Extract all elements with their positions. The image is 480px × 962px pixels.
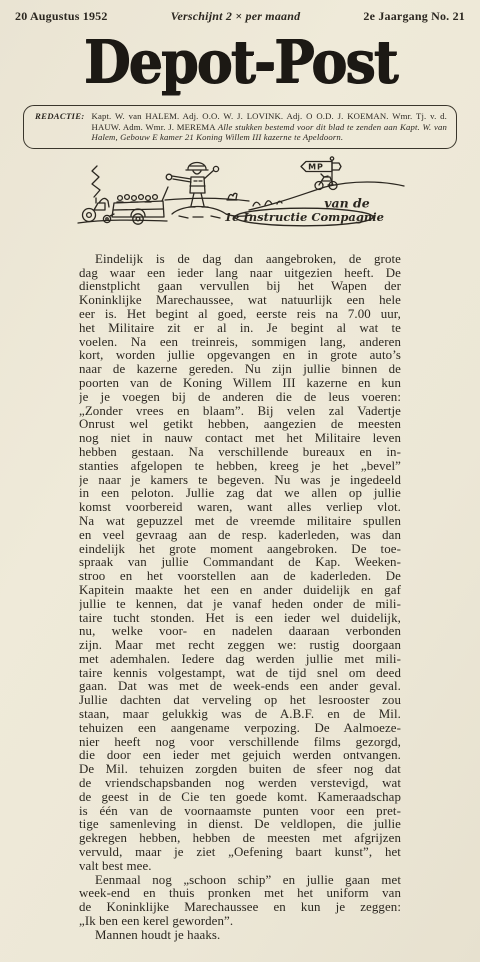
paragraph: Eenmaal nog „schoon schip” en jullie gaa…: [79, 874, 401, 929]
article-line: dag waar een ieder lang naar uitgezien h…: [79, 267, 401, 281]
article-line: week-end en thuis pronken met het unifor…: [79, 887, 401, 901]
article-line: met ademhalen. Iedere dag werden jullie …: [79, 653, 401, 667]
issue-date: 20 Augustus 1952: [15, 9, 108, 24]
mound-hatch: [179, 216, 220, 218]
cartoon-illustration: MP van de 1e Instructie Compagnie: [75, 156, 405, 250]
illustration-svg: MP van de 1e Instructie Compagnie: [75, 156, 405, 250]
article-line: je je voegen bij de anderen die de leus …: [79, 391, 401, 405]
masthead-title: Depot-Post: [0, 25, 480, 98]
article-line: „Zonder vrees en blaam”. Bij velen zal V…: [79, 405, 401, 419]
article-line: Na wat gepuzzel met de vreemde militaire…: [79, 515, 401, 529]
redaction-label: REDACTIE:: [35, 111, 85, 143]
article-line: „Ik ben een kerel geworden”.: [79, 915, 401, 929]
article-line: valt best mee.: [79, 860, 401, 874]
newspaper-page: 20 Augustus 1952 Verschijnt 2 × per maan…: [0, 0, 480, 962]
top-header-row: 20 Augustus 1952 Verschijnt 2 × per maan…: [0, 0, 480, 24]
article-line: nier heeft nog voor verschillende films …: [79, 736, 401, 750]
article-line: stanties afgelopen te hebben, kreeg je h…: [79, 460, 401, 474]
mp-figure-icon: [172, 162, 214, 207]
article-line: vervuld, maar je ziet „Oefening baart ku…: [79, 846, 401, 860]
article-line: eer is. Het begint al goed, eerste reis …: [79, 308, 401, 322]
article-line: Jullie dachten dat verveling op het lesr…: [79, 694, 401, 708]
article-line: in een peloton. Jullie zag dat we allen …: [79, 487, 401, 501]
article-line: Onrust wel getikt hebben, aangezien de m…: [79, 418, 401, 432]
article-line: tehuizen een aangename verpozing. De Aal…: [79, 722, 401, 736]
article-line: het Militaire zit er al in. Je begint al…: [79, 322, 401, 336]
article-line: de geest in de Cie ten goede komt. Kamer…: [79, 791, 401, 805]
tractor-icon: [83, 198, 115, 223]
article-line: is één van de voornaamste punten voor ee…: [79, 805, 401, 819]
mp-sign-label: MP: [308, 162, 324, 171]
article-line: dienstplicht gaan vervullen bij het Wape…: [79, 280, 401, 294]
article-line: De Mil. tehuizen zorgden buiten de sfeer…: [79, 763, 401, 777]
paragraph: Eindelijk is de dag dan aangebroken, de …: [79, 253, 401, 874]
article-line: naar de kazerne gereden. Nu zijn jullie …: [79, 363, 401, 377]
article-line: spraak van jullie Commandant de Kap. Wee…: [79, 556, 401, 570]
article: Eindelijk is de dag dan aangebroken, de …: [79, 253, 401, 943]
frequency-note: Verschijnt 2 × per maand: [171, 9, 301, 24]
article-line: taire tucht stonden. Het is een ieder we…: [79, 612, 401, 626]
redaction-text: Kapt. W. van HALEM. Adj. O.O. W. J. LOVI…: [92, 111, 447, 143]
article-line: de vriendschapsbanden nog werden verstev…: [79, 777, 401, 791]
article-line: poorten van de Koning Willem III kazerne…: [79, 377, 401, 391]
article-line: Mannen houdt je haaks.: [79, 929, 401, 943]
paragraph: Mannen houdt je haaks.: [79, 929, 401, 943]
article-line: en veel gevraag aan de resp. kaderleden,…: [79, 529, 401, 543]
article-line: gaan. Dat was met de week-ends een ander…: [79, 680, 401, 694]
article-line: gekregen hebben, hebben de meesten met a…: [79, 832, 401, 846]
article-line: zijn. Maar met recht zeggen we: rustig d…: [79, 639, 401, 653]
article-line: voelen. Na een treinreis, sommigen lang,…: [79, 336, 401, 350]
redaction-box: REDACTIE: Kapt. W. van HALEM. Adj. O.O. …: [23, 105, 457, 149]
article-line: de Koninklijke Marechaussee en kun je ze…: [79, 901, 401, 915]
article-line: Eindelijk is de dag dan aangebroken, de …: [79, 253, 401, 267]
article-line: tige samenleving in dienst. De veldlopen…: [79, 818, 401, 832]
article-line: je naar je kamers te begeven. Nu was je …: [79, 474, 401, 488]
mp-right-glove: [213, 166, 218, 171]
article-line: die door een ieder met gejuich werden on…: [79, 749, 401, 763]
article-line: Eenmaal nog „schoon schip” en jullie gaa…: [79, 874, 401, 888]
article-line: taire kennis volgestampt, wat de tijd sn…: [79, 667, 401, 681]
article-line: Kapitein maakte het een en ander duideli…: [79, 584, 401, 598]
article-line: hebben gestaan. Na verschillende bureaux…: [79, 446, 401, 460]
article-line: staan, maar gelukkig was de A.B.F. en de…: [79, 708, 401, 722]
caption-van-de: van de: [324, 195, 370, 210]
trailer-icon: [112, 187, 168, 224]
article-line: jullie te kennen, dat je vanaf heden ond…: [79, 598, 401, 612]
article-line: kort, worden jullie opgevangen en in gro…: [79, 349, 401, 363]
caption-compagnie: 1e Instructie Compagnie: [224, 210, 384, 224]
article-line: Koninklijke Marechaussee, wat natuurlijk…: [79, 294, 401, 308]
article-line: nog niet in nauw contact met het Militai…: [79, 432, 401, 446]
article-line: eindelijk het grote moment aangebroken. …: [79, 543, 401, 557]
article-line: nu, welke voor- en nadelen daaraan verbo…: [79, 625, 401, 639]
mp-left-glove: [166, 174, 172, 180]
smoke-icon: [92, 166, 100, 197]
issue-number: 2e Jaargang No. 21: [363, 9, 465, 24]
article-line: stroo en het voorstellen aan de kaderled…: [79, 570, 401, 584]
article-line: komst voorbereid waren, want alles verli…: [79, 501, 401, 515]
